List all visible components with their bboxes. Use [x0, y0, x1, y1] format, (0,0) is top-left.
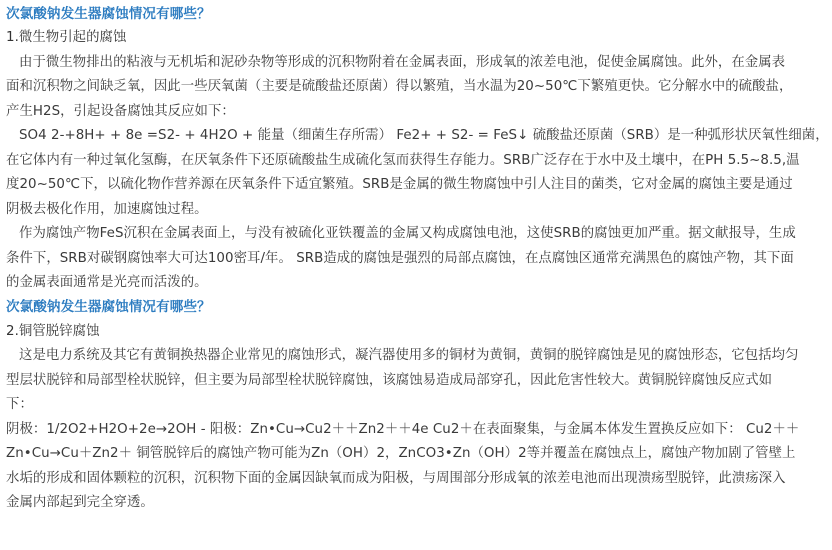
section-heading: 次氯酸钠发生器腐蚀情况有哪些？: [6, 2, 826, 26]
paragraph-line: 度20~50℃下，以硫化物作营养源在厌氧条件下适宜繁殖。SRB是金属的微生物腐蚀…: [6, 173, 826, 197]
paragraph-line: 产生H2S，引起设备腐蚀其反应如下：: [6, 100, 826, 124]
paragraph-line: 水垢的形成和固体颗粒的沉积，沉积物下面的金属因缺氧而成为阳极，与周围部分形成氧的…: [6, 467, 826, 491]
paragraph: 阴极：1/2O2+H2O+2e→2OH - 阳极：Zn•Cu→Cu2＋＋Zn2＋…: [6, 418, 826, 516]
paragraph-line: 的金属表面通常是光亮而活泼的。: [6, 271, 826, 295]
paragraph-line: 阴极去极化作用，加速腐蚀过程。: [6, 198, 826, 222]
paragraph: SO4 2-+8H+ + 8e =S2- + 4H2O + 能量（细菌生存所需）…: [6, 124, 826, 222]
paragraph-line: 型层状脱锌和局部型栓状脱锌，但主要为局部型栓状脱锌腐蚀，该腐蚀易造成局部穿孔，因…: [6, 369, 826, 393]
section-heading: 次氯酸钠发生器腐蚀情况有哪些？: [6, 295, 826, 319]
paragraph-line: SO4 2-+8H+ + 8e =S2- + 4H2O + 能量（细菌生存所需）…: [6, 124, 826, 148]
paragraph-line: 这是电力系统及其它有黄铜换热器企业常见的腐蚀形式，凝汽器使用多的铜材为黄铜，黄铜…: [6, 344, 826, 368]
paragraph: 作为腐蚀产物FeS沉积在金属表面上，与没有被硫化亚铁覆盖的金属又构成腐蚀电池，这…: [6, 222, 826, 295]
paragraph-line: 条件下，SRB对碳钢腐蚀率大可达100密耳/年。 SRB造成的腐蚀是强烈的局部点…: [6, 247, 826, 271]
paragraph: 这是电力系统及其它有黄铜换热器企业常见的腐蚀形式，凝汽器使用多的铜材为黄铜，黄铜…: [6, 344, 826, 417]
paragraph-line: 阴极：1/2O2+H2O+2e→2OH - 阳极：Zn•Cu→Cu2＋＋Zn2＋…: [6, 418, 826, 442]
paragraph-line: 面和沉积物之间缺乏氧，因此一些厌氧菌（主要是硫酸盐还原菌）得以繁殖，当水温为20…: [6, 75, 826, 99]
article: 次氯酸钠发生器腐蚀情况有哪些？ 1.微生物引起的腐蚀 由于微生物排出的粘液与无机…: [0, 0, 832, 516]
section-subheading: 1.微生物引起的腐蚀: [6, 26, 826, 50]
paragraph: 由于微生物排出的粘液与无机垢和泥砂杂物等形成的沉积物附着在金属表面，形成氧的浓差…: [6, 51, 826, 124]
section-subheading: 2.铜管脱锌腐蚀: [6, 320, 826, 344]
paragraph-line: Zn•Cu→Cu＋Zn2＋ 铜管脱锌后的腐蚀产物可能为Zn（OH）2，ZnCO3…: [6, 442, 826, 466]
paragraph-line: 金属内部起到完全穿透。: [6, 491, 826, 515]
paragraph-line: 由于微生物排出的粘液与无机垢和泥砂杂物等形成的沉积物附着在金属表面，形成氧的浓差…: [6, 51, 826, 75]
paragraph-line: 作为腐蚀产物FeS沉积在金属表面上，与没有被硫化亚铁覆盖的金属又构成腐蚀电池，这…: [6, 222, 826, 246]
paragraph-line: 在它体内有一种过氧化氢酶，在厌氧条件下还原硫酸盐生成硫化氢而获得生存能力。SRB…: [6, 149, 826, 173]
paragraph-line: 下：: [6, 393, 826, 417]
